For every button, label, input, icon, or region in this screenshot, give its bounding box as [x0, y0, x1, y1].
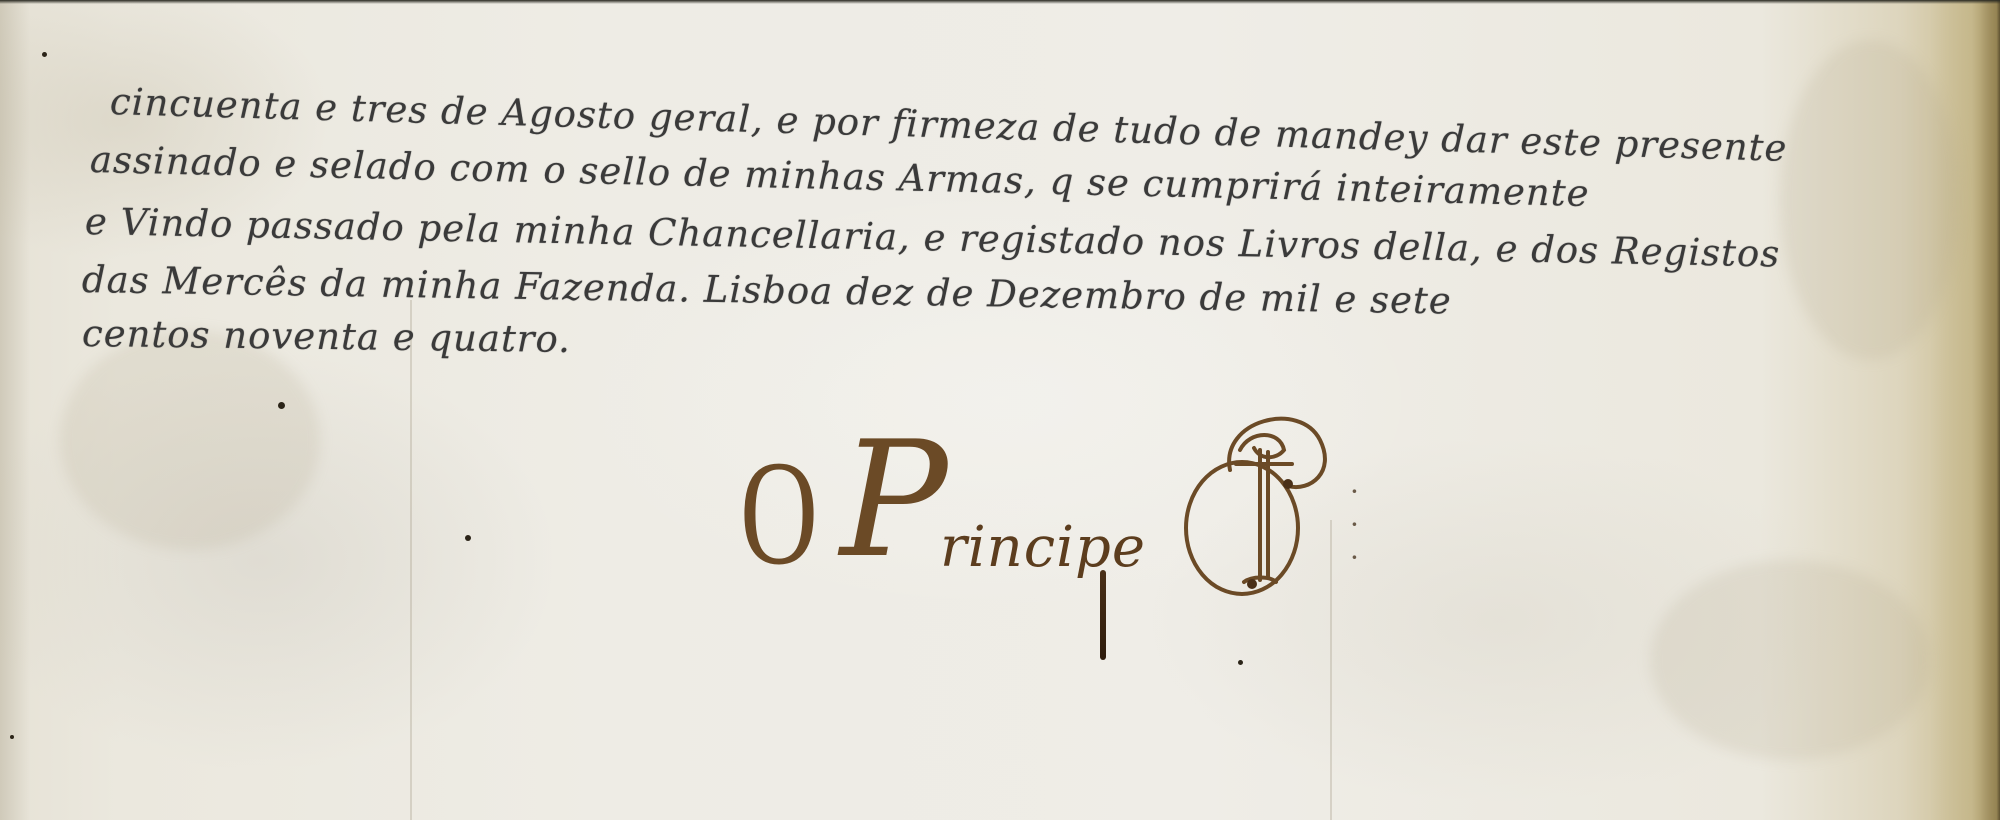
signature-o-principe: O P rincipe · · · [740, 400, 1380, 660]
signature-descender-stroke [1100, 570, 1106, 660]
ink-speck [1238, 660, 1243, 665]
manuscript-line: das Mercês da minha Fazenda. Lisboa dez … [82, 258, 1452, 323]
rubric-monogram-icon [1180, 400, 1340, 600]
manuscript-line: centos noventa e quatro. [82, 312, 571, 361]
ink-speck [465, 535, 471, 541]
paper-stain [1650, 560, 1930, 760]
paper-left-edge [0, 0, 30, 820]
paper-stain [60, 330, 320, 550]
paper-crease [410, 300, 412, 820]
ink-speck [10, 735, 14, 739]
paper-top-edge [0, 0, 2000, 4]
ink-speck [42, 52, 47, 57]
ink-speck [278, 402, 285, 409]
manuscript-page: cincuenta e tres de Agosto geral, e por … [0, 0, 2000, 820]
signature-trailing-marks: · · · [1350, 475, 1380, 574]
paper-stain [1780, 40, 1960, 360]
signature-initial: P [840, 420, 948, 580]
signature-article: O [740, 438, 818, 588]
signature-word: rincipe [940, 520, 1146, 576]
